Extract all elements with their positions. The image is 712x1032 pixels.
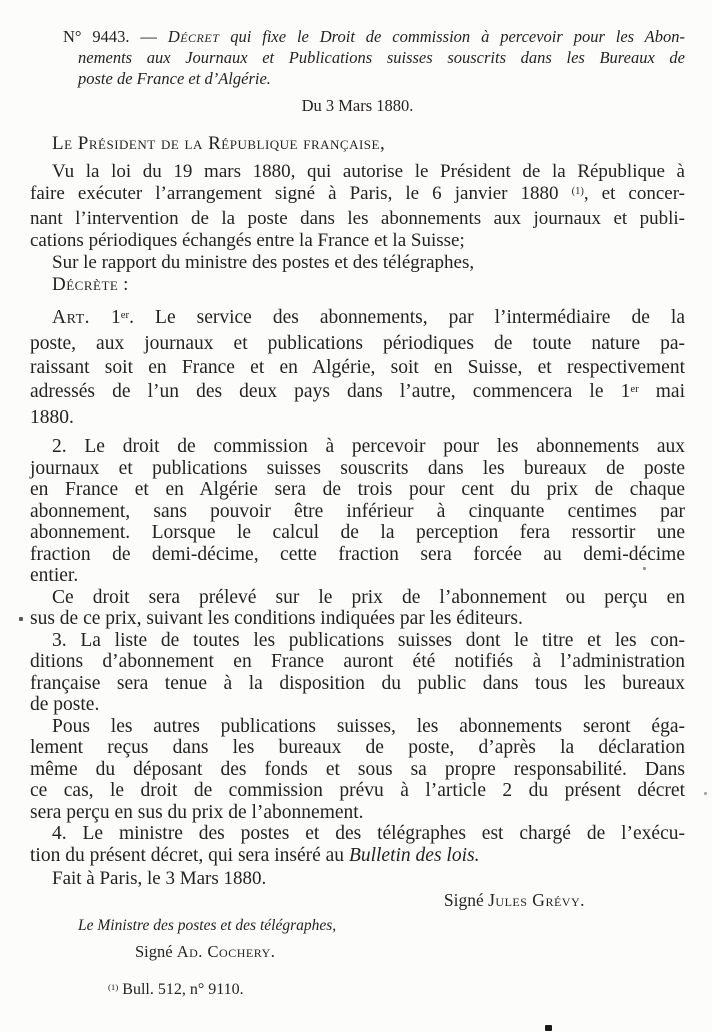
block-heading-line-1: N° 9443. — Décret qui fixe le Droit de c… — [63, 26, 685, 47]
block-footnote-line-1: (1) Bull. 512, n° 9110. — [108, 981, 685, 1000]
text-segment: 4. Le ministre des postes et des télégra… — [52, 823, 685, 844]
block-fait-line-1: Fait à Paris, le 3 Mars 1880. — [30, 868, 685, 890]
block-vu-line-3: nant l’intervention de la poste dans les… — [30, 208, 685, 230]
text-segment: er — [121, 309, 129, 321]
block-sur: Sur le rapport du ministre des postes et… — [30, 252, 685, 274]
block-pous: Pous les autres publications suisses, le… — [30, 716, 685, 824]
text-segment: sera perçu en sus du prix de l’abonnemen… — [30, 802, 364, 823]
text-segment: cations périodiques échangés entre la Fr… — [30, 230, 465, 251]
text-segment: ce cas, le droit de commission prévu à l… — [30, 780, 685, 801]
block-para2-line-1: 2. Le droit de commission à percevoir po… — [30, 436, 685, 458]
text-segment: Décrète — [52, 274, 118, 295]
block-art1: Art. 1er. Le service des abonnements, pa… — [30, 306, 685, 430]
text-segment: entier. — [30, 565, 78, 586]
text-segment: , et concer- — [584, 183, 685, 204]
block-heading-line-2: nements aux Journaux et Publications sui… — [63, 47, 685, 68]
text-segment: Ad. Cochery. — [177, 942, 276, 961]
block-pous-line-5: sera perçu en sus du prix de l’abonnemen… — [30, 802, 685, 824]
block-para2-line-7: entier. — [30, 565, 685, 587]
block-para2-line-6: fraction de demi-décime, cette fraction … — [30, 544, 685, 566]
text-segment: (1) — [108, 982, 118, 992]
text-segment: 1 — [90, 307, 121, 328]
block-para2-line-5: abonnement. Lorsque le calcul de la perc… — [30, 522, 685, 544]
block-vu-line-2: faire exécuter l’arrangement signé à Par… — [30, 183, 685, 208]
text-segment: nant l’intervention de la poste dans les… — [30, 208, 685, 229]
block-art1-line-5: 1880. — [30, 406, 685, 430]
text-segment: . Le service des abonnements, par l’inte… — [129, 307, 685, 328]
text-segment: Vu la loi du 19 mars 1880, qui autorise … — [52, 161, 685, 182]
text-segment: mai — [639, 381, 685, 402]
block-pous-line-2: lement reçus dans les bureaux de poste, … — [30, 737, 685, 759]
text-segment: même du déposant des fonds et sous sa pr… — [30, 759, 685, 780]
block-cedroit-line-2: sus de ce prix, suivant les conditions i… — [30, 608, 685, 630]
ink-speck-1 — [19, 617, 23, 621]
block-date: Du 3 Mars 1880. — [30, 97, 685, 115]
block-president-line-1: Le Président de la République française, — [30, 133, 685, 154]
text-segment: Art. — [52, 307, 90, 328]
page: N° 9443. — Décret qui fixe le Droit de c… — [0, 0, 712, 1032]
text-segment: Signé — [135, 942, 177, 961]
text-segment: abonnement, sans pouvoir être inférieur … — [30, 501, 685, 522]
text-segment: : — [118, 274, 128, 295]
block-para2-line-2: journaux et publications suisses souscri… — [30, 458, 685, 480]
block-para4: 4. Le ministre des postes et des télégra… — [30, 823, 685, 866]
text-segment: poste, aux journaux et publications péri… — [30, 333, 685, 354]
block-para3-line-3: française sera tenue à la disposition du… — [30, 673, 685, 695]
text-segment: tion du présent décret, qui sera inséré … — [30, 845, 349, 866]
ink-speck-3 — [643, 567, 646, 570]
block-fait: Fait à Paris, le 3 Mars 1880. — [30, 868, 685, 890]
text-segment: nements aux Journaux et Publications sui… — [78, 48, 685, 67]
text-segment: qui fixe le Droit de commission à percev… — [219, 27, 685, 46]
text-segment: Pous les autres publications suisses, le… — [52, 716, 685, 737]
text-segment: Bulletin des lois. — [349, 845, 480, 866]
block-para4-line-1: 4. Le ministre des postes et des télégra… — [30, 823, 685, 845]
block-ministre: Le Ministre des postes et des télégraphe… — [78, 916, 685, 935]
block-pous-line-1: Pous les autres publications suisses, le… — [30, 716, 685, 738]
text-segment: Le Président de la République française, — [52, 133, 385, 154]
block-heading: N° 9443. — Décret qui fixe le Droit de c… — [63, 26, 685, 89]
text-segment: er — [630, 383, 638, 395]
block-art1-line-3: raissant soit en France et en Algérie, s… — [30, 356, 685, 380]
ink-speck-4 — [704, 792, 707, 795]
document-page: N° 9443. — Décret qui fixe le Droit de c… — [30, 0, 685, 1000]
text-segment: Du 3 Mars 1880. — [302, 96, 414, 115]
block-para3: 3. La liste de toutes les publications s… — [30, 630, 685, 716]
block-cochery: Signé Ad. Cochery. — [135, 942, 685, 961]
text-segment: Bull. 512, n° 9110. — [118, 981, 243, 998]
block-para3-line-2: ditions d’abonnement en France auront ét… — [30, 651, 685, 673]
block-para2-line-3: en France et en Algérie sera de trois po… — [30, 479, 685, 501]
block-grevy: Signé Jules Grévy. — [30, 890, 685, 911]
text-segment: poste de France et d’Algérie. — [78, 69, 271, 88]
block-grevy-line-1: Signé Jules Grévy. — [30, 890, 585, 911]
block-vu-line-1: Vu la loi du 19 mars 1880, qui autorise … — [30, 161, 685, 183]
block-para2: 2. Le droit de commission à percevoir po… — [30, 436, 685, 587]
text-segment: 3. La liste de toutes les publications s… — [52, 630, 685, 651]
text-segment: Décret — [168, 27, 220, 46]
text-segment: abonnement. Lorsque le calcul de la perc… — [30, 522, 685, 543]
text-segment: Fait à Paris, le 3 Mars 1880. — [52, 868, 266, 889]
block-para3-line-1: 3. La liste de toutes les publications s… — [30, 630, 685, 652]
block-para3-line-4: de poste. — [30, 694, 685, 716]
block-para4-line-2: tion du présent décret, qui sera inséré … — [30, 845, 685, 867]
text-segment: Le Ministre des postes et des télégraphe… — [78, 917, 336, 934]
text-segment: Sur le rapport du ministre des postes et… — [52, 252, 474, 273]
ink-speck-2 — [545, 1025, 552, 1031]
block-sur-line-1: Sur le rapport du ministre des postes et… — [30, 252, 685, 274]
block-vu: Vu la loi du 19 mars 1880, qui autorise … — [30, 161, 685, 252]
block-vu-line-4: cations périodiques échangés entre la Fr… — [30, 230, 685, 252]
block-pous-line-3: même du déposant des fonds et sous sa pr… — [30, 759, 685, 781]
block-cedroit-line-1: Ce droit sera prélevé sur le prix de l’a… — [30, 587, 685, 609]
text-segment: 2. Le droit de commission à percevoir po… — [52, 436, 685, 457]
text-segment: sus de ce prix, suivant les conditions i… — [30, 608, 523, 629]
text-segment: journaux et publications suisses souscri… — [30, 458, 685, 479]
block-president: Le Président de la République française, — [30, 133, 685, 154]
block-para2-line-4: abonnement, sans pouvoir être inférieur … — [30, 501, 685, 523]
text-segment: adressés de l’un des deux pays dans l’au… — [30, 381, 630, 402]
block-art1-line-2: poste, aux journaux et publications péri… — [30, 332, 685, 356]
block-decrete-line-1: Décrète : — [30, 274, 685, 296]
text-segment: Ce droit sera prélevé sur le prix de l’a… — [52, 587, 685, 608]
text-segment: N° 9443. — — [63, 27, 168, 46]
text-segment: ditions d’abonnement en France auront ét… — [30, 651, 685, 672]
block-cedroit: Ce droit sera prélevé sur le prix de l’a… — [30, 587, 685, 630]
text-segment: en France et en Algérie sera de trois po… — [30, 479, 685, 500]
block-decrete: Décrète : — [30, 274, 685, 296]
text-segment: Signé — [444, 890, 488, 910]
block-cochery-line-1: Signé Ad. Cochery. — [135, 942, 685, 961]
block-ministre-line-1: Le Ministre des postes et des télégraphe… — [78, 916, 685, 935]
text-segment: Jules Grévy. — [488, 890, 585, 910]
text-segment: française sera tenue à la disposition du… — [30, 673, 685, 694]
text-segment: 1880. — [30, 407, 74, 428]
text-segment: fraction de demi-décime, cette fraction … — [30, 544, 685, 565]
block-footnote: (1) Bull. 512, n° 9110. — [108, 981, 685, 1000]
text-segment: lement reçus dans les bureaux de poste, … — [30, 737, 685, 758]
block-pous-line-4: ce cas, le droit de commission prévu à l… — [30, 780, 685, 802]
text-segment: faire exécuter l’arrangement signé à Par… — [30, 183, 572, 204]
text-segment: (1) — [572, 186, 584, 197]
text-segment: raissant soit en France et en Algérie, s… — [30, 357, 685, 378]
text-segment: de poste. — [30, 694, 99, 715]
block-heading-line-3: poste de France et d’Algérie. — [63, 68, 685, 89]
block-date-line-1: Du 3 Mars 1880. — [30, 97, 685, 115]
block-art1-line-4: adressés de l’un des deux pays dans l’au… — [30, 380, 685, 406]
block-art1-line-1: Art. 1er. Le service des abonnements, pa… — [30, 306, 685, 332]
